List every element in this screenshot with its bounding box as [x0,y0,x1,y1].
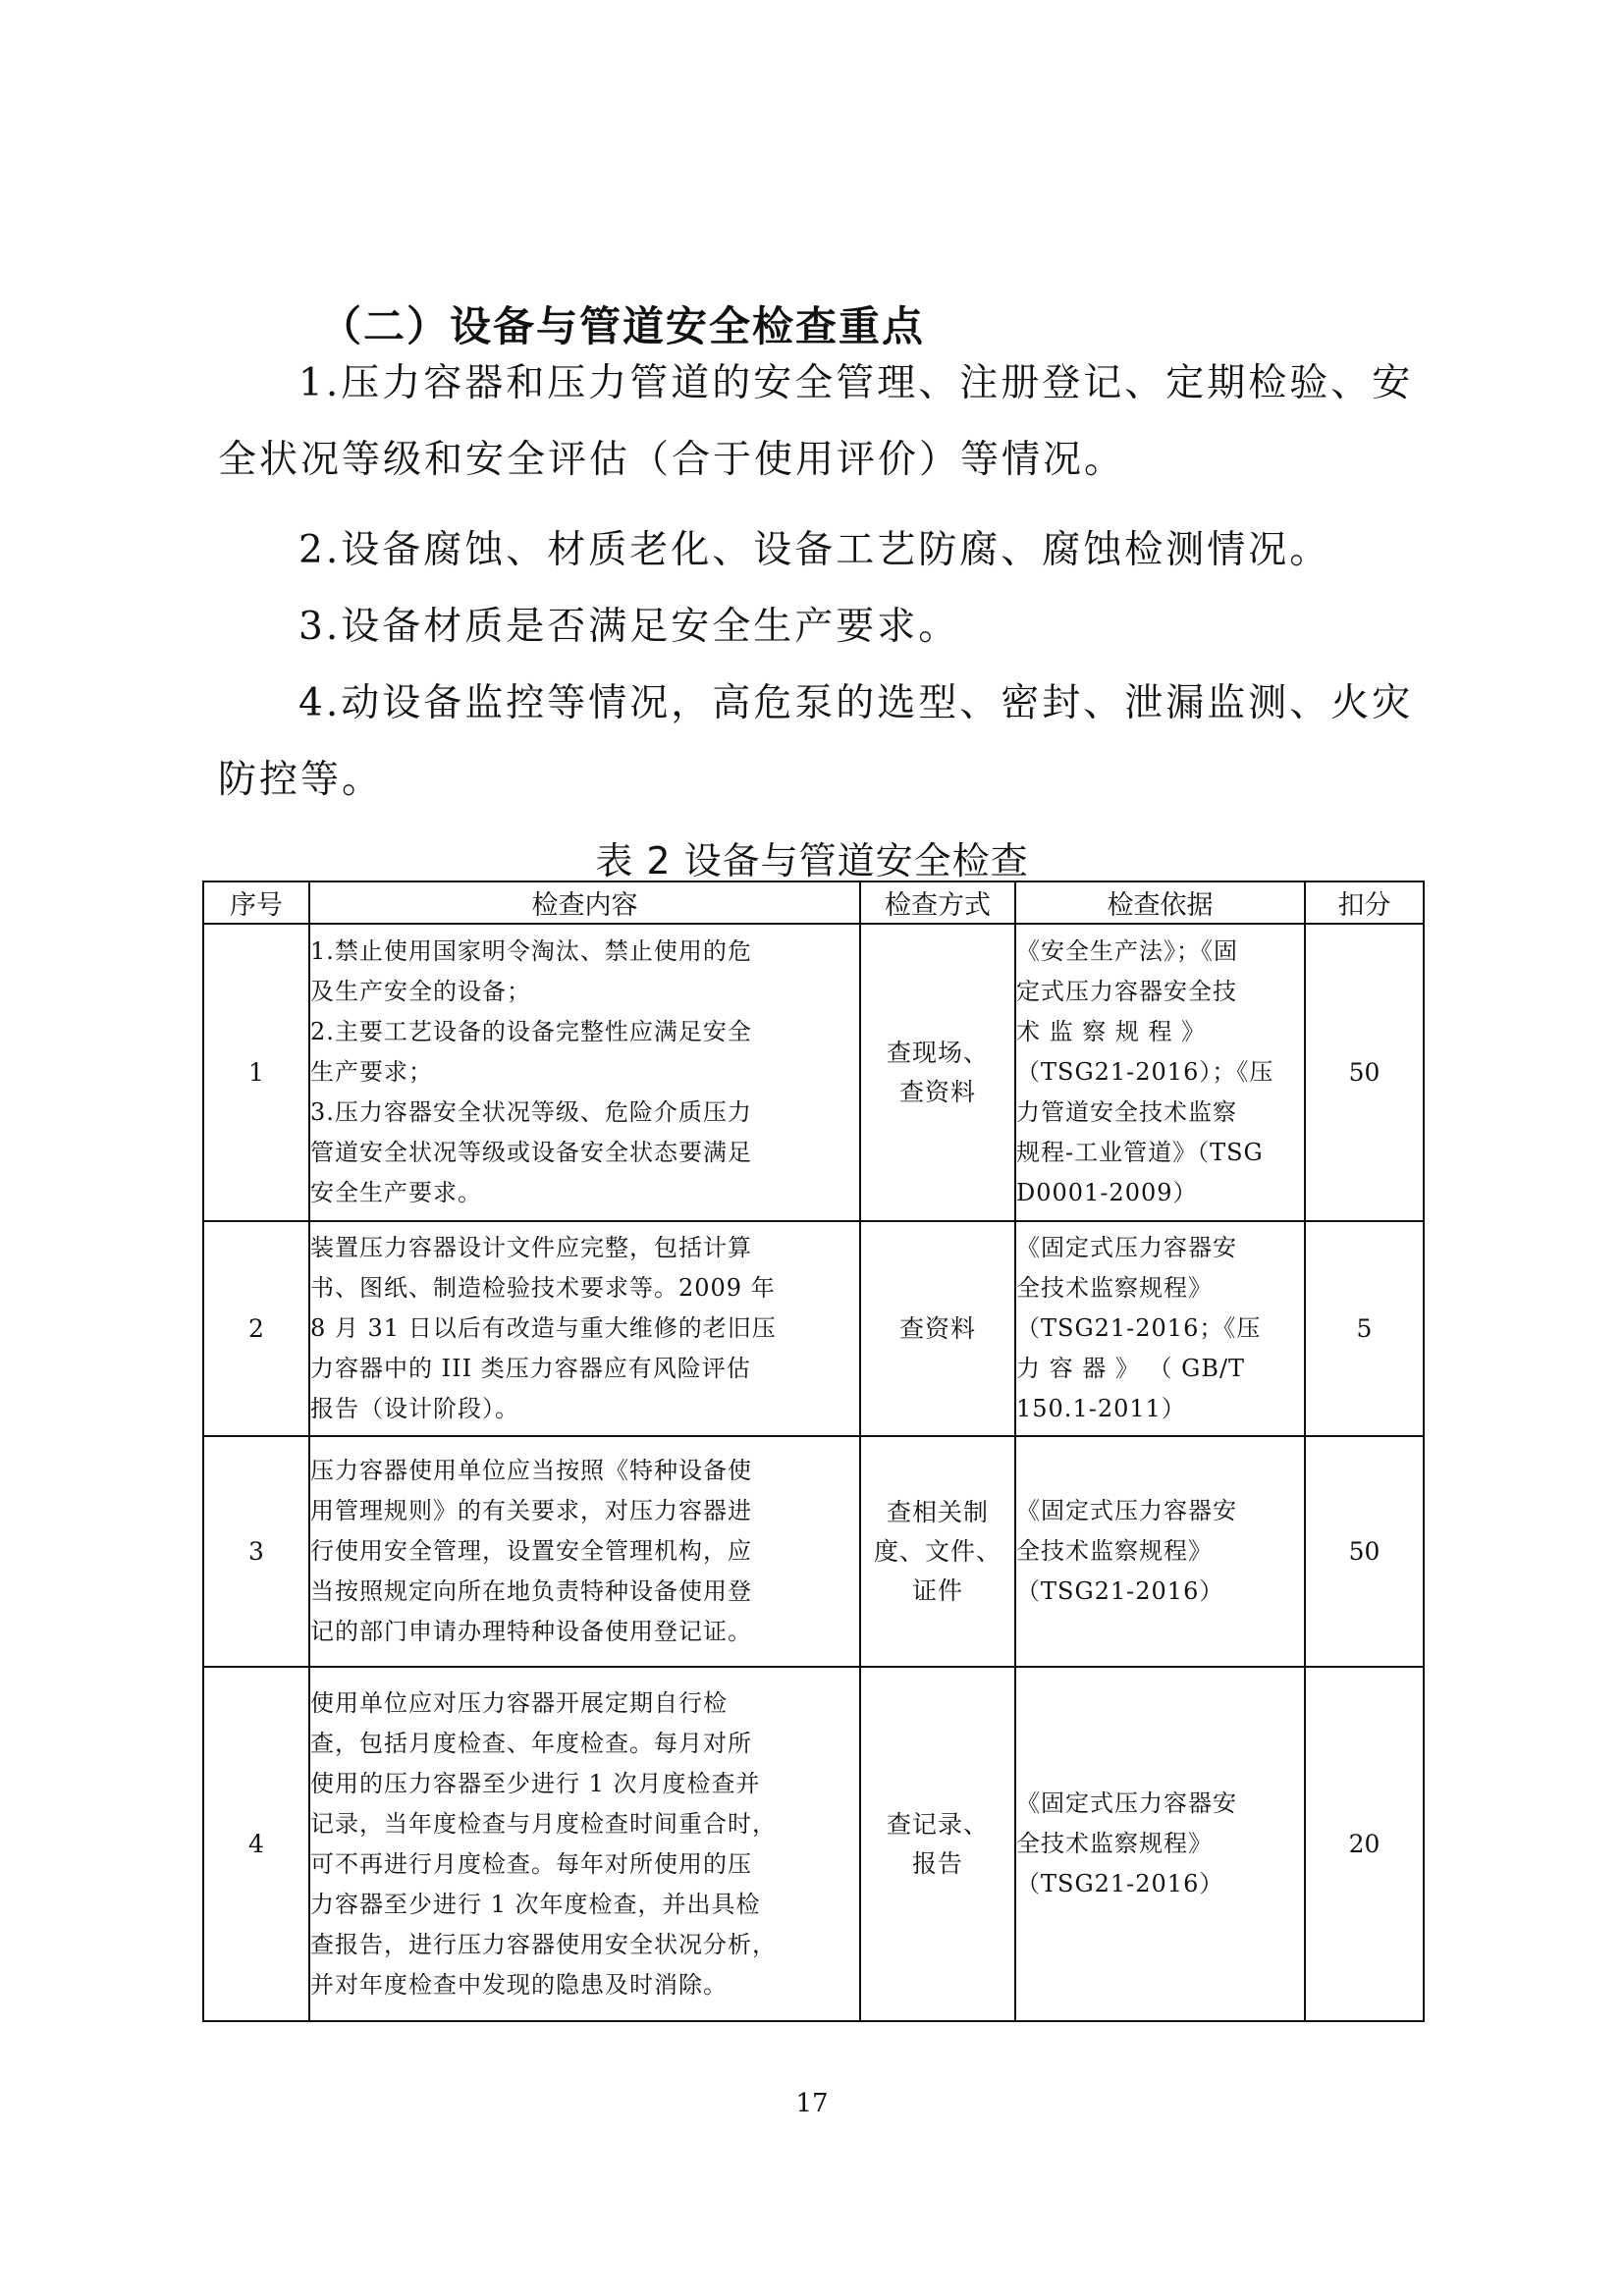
paragraph-2: 2.设备腐蚀、材质老化、设备工艺防腐、腐蚀检测情况。 [218,512,1426,589]
section-heading: （二）设备与管道安全检查重点 [320,294,925,353]
row-number: 4 [203,1667,309,2021]
basis-line: 全技术监察规程》 [1016,1531,1304,1572]
content-line: 并对年度检查中发现的隐患及时消除。 [310,1965,859,2005]
deduction-score: 50 [1305,1436,1424,1667]
check-basis: 《固定式压力容器安 全技术监察规程》 （TSG21-2016） [1015,1667,1305,2021]
content-line: 记的部门申请办理特种设备使用登记证。 [310,1612,859,1652]
method-line: 查记录、 [861,1805,1014,1844]
header-method: 检查方式 [860,881,1015,924]
table-caption: 表 2 设备与管道安全检查 [202,830,1422,884]
content-line: 及生产安全的设备； [310,972,859,1012]
page-number: 17 [0,2089,1624,2118]
content-line: 装置压力容器设计文件应完整，包括计算 [310,1228,859,1268]
method-line: 报告 [861,1844,1014,1884]
check-basis: 《安全生产法》；《固 定式压力容器安全技 术 监 察 规 程 》 （TSG21-… [1015,924,1305,1221]
check-method: 查相关制 度、文件、 证件 [860,1436,1015,1667]
content-line: 报告（设计阶段）。 [310,1389,859,1429]
deduction-score: 5 [1305,1221,1424,1436]
content-line: 当按照规定向所在地负责特种设备使用登 [310,1572,859,1612]
content-line: 力容器中的 III 类压力容器应有风险评估 [310,1349,859,1389]
table-row: 1 1.禁止使用国家明令淘汰、禁止使用的危 及生产安全的设备； 2.主要工艺设备… [203,924,1424,1221]
check-basis: 《固定式压力容器安 全技术监察规程》 （TSG21-2016；《压 力 容 器 … [1015,1221,1305,1436]
check-content: 使用单位应对压力容器开展定期自行检 查，包括月度检查、年度检查。每月对所 使用的… [309,1667,860,2021]
content-line: 安全生产要求。 [310,1173,859,1213]
basis-line: 定式压力容器安全技 [1016,972,1304,1012]
header-basis: 检查依据 [1015,881,1305,924]
content-line: 用管理规则》的有关要求，对压力容器进 [310,1491,859,1531]
content-line: 使用的压力容器至少进行 1 次月度检查并 [310,1764,859,1804]
basis-line: （TSG21-2016） [1016,1864,1304,1904]
method-line: 查资料 [861,1073,1014,1112]
content-line: 书、图纸、制造检验技术要求等。2009 年 [310,1268,859,1308]
basis-line: （TSG21-2016）；《压 [1016,1052,1304,1093]
row-number: 2 [203,1221,309,1436]
table-row: 4 使用单位应对压力容器开展定期自行检 查，包括月度检查、年度检查。每月对所 使… [203,1667,1424,2021]
inspection-table: 序号 检查内容 检查方式 检查依据 扣分 1 1.禁止使用国家明令淘汰、禁止使用… [202,881,1425,2022]
content-line: 3.压力容器安全状况等级、危险介质压力 [310,1093,859,1133]
paragraph-4: 4.动设备监控等情况，高危泵的选型、密封、泄漏监测、火灾防控等。 [218,666,1426,819]
deduction-score: 20 [1305,1667,1424,2021]
check-content: 压力容器使用单位应当按照《特种设备使 用管理规则》的有关要求，对压力容器进 行使… [309,1436,860,1667]
check-content: 装置压力容器设计文件应完整，包括计算 书、图纸、制造检验技术要求等。2009 年… [309,1221,860,1436]
content-line: 管道安全状况等级或设备安全状态要满足 [310,1133,859,1173]
basis-line: 《固定式压力容器安 [1016,1491,1304,1531]
method-line: 度、文件、 [861,1532,1014,1572]
content-line: 查，包括月度检查、年度检查。每月对所 [310,1724,859,1764]
basis-line: D0001-2009） [1016,1173,1304,1213]
method-line: 证件 [861,1572,1014,1611]
content-line: 生产要求； [310,1052,859,1093]
content-line: 查报告，进行压力容器使用安全状况分析， [310,1925,859,1965]
basis-line: （TSG21-2016；《压 [1016,1308,1304,1349]
content-line: 压力容器使用单位应当按照《特种设备使 [310,1451,859,1491]
row-number: 1 [203,924,309,1221]
table-row: 3 压力容器使用单位应当按照《特种设备使 用管理规则》的有关要求，对压力容器进 … [203,1436,1424,1667]
header-score: 扣分 [1305,881,1424,924]
basis-line: 术 监 察 规 程 》 [1016,1012,1304,1052]
check-basis: 《固定式压力容器安 全技术监察规程》 （TSG21-2016） [1015,1436,1305,1667]
content-line: 2.主要工艺设备的设备完整性应满足安全 [310,1012,859,1052]
row-number: 3 [203,1436,309,1667]
check-method: 查现场、 查资料 [860,924,1015,1221]
method-line: 查资料 [861,1309,1014,1349]
deduction-score: 50 [1305,924,1424,1221]
content-line: 行使用安全管理，设置安全管理机构，应 [310,1531,859,1572]
content-line: 8 月 31 日以后有改造与重大维修的老旧压 [310,1308,859,1349]
content-line: 1.禁止使用国家明令淘汰、禁止使用的危 [310,932,859,972]
content-line: 可不再进行月度检查。每年对所使用的压 [310,1844,859,1885]
header-no: 序号 [203,881,309,924]
method-line: 查相关制 [861,1493,1014,1532]
basis-line: 全技术监察规程》 [1016,1268,1304,1308]
check-method: 查记录、 报告 [860,1667,1015,2021]
table-header-row: 序号 检查内容 检查方式 检查依据 扣分 [203,881,1424,924]
content-line: 使用单位应对压力容器开展定期自行检 [310,1683,859,1724]
basis-line: 《固定式压力容器安 [1016,1784,1304,1824]
basis-line: 150.1-2011） [1016,1389,1304,1429]
basis-line: 力管道安全技术监察 [1016,1093,1304,1133]
basis-line: 《安全生产法》；《固 [1016,932,1304,972]
basis-line: （TSG21-2016） [1016,1572,1304,1612]
paragraph-3: 3.设备材质是否满足安全生产要求。 [218,589,1426,666]
method-line: 查现场、 [861,1034,1014,1073]
paragraph-1: 1.压力容器和压力管道的安全管理、注册登记、定期检验、安全状况等级和安全评估（合… [218,346,1426,499]
basis-line: 规程-工业管道》（TSG [1016,1133,1304,1173]
check-content: 1.禁止使用国家明令淘汰、禁止使用的危 及生产安全的设备； 2.主要工艺设备的设… [309,924,860,1221]
basis-line: 力 容 器 》 （ GB/T [1016,1349,1304,1389]
basis-line: 《固定式压力容器安 [1016,1228,1304,1268]
basis-line: 全技术监察规程》 [1016,1824,1304,1864]
header-content: 检查内容 [309,881,860,924]
check-method: 查资料 [860,1221,1015,1436]
content-line: 力容器至少进行 1 次年度检查，并出具检 [310,1885,859,1925]
content-line: 记录，当年度检查与月度检查时间重合时， [310,1804,859,1844]
table-row: 2 装置压力容器设计文件应完整，包括计算 书、图纸、制造检验技术要求等。2009… [203,1221,1424,1436]
